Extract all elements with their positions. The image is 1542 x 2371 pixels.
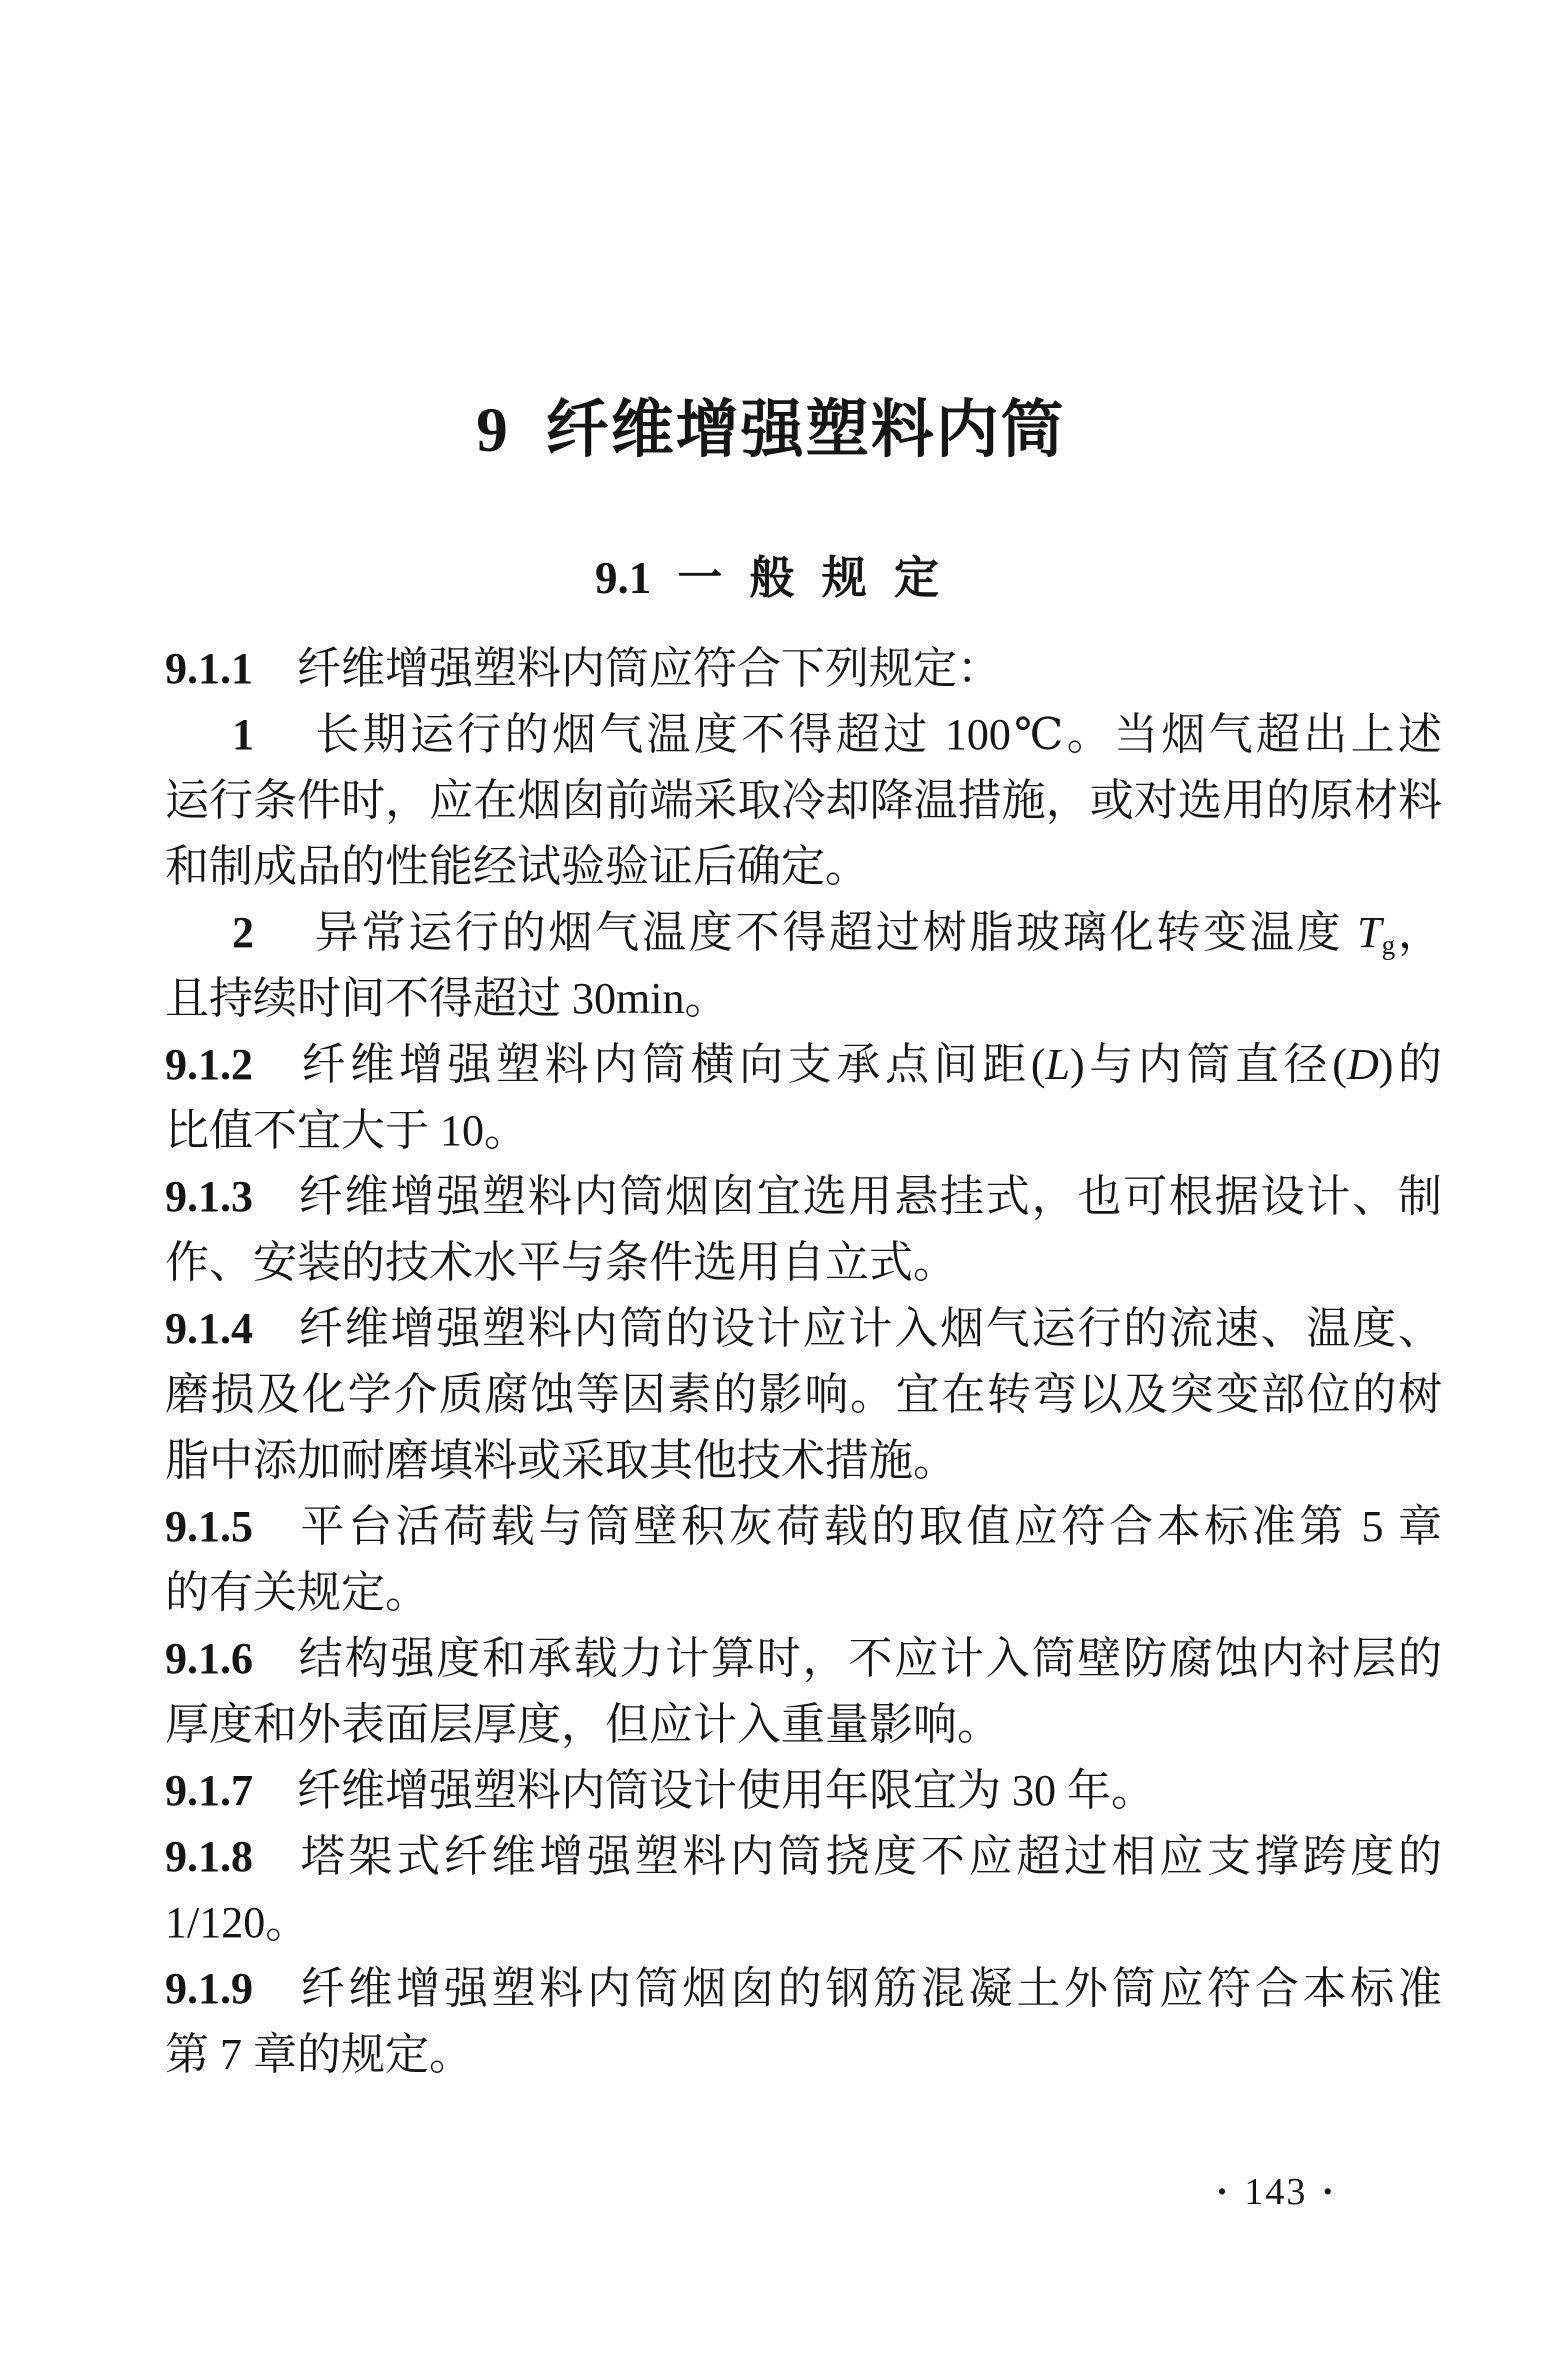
clause-number: 9.1.2: [165, 1040, 253, 1089]
body-segment: 塔架式纤维增强塑料内筒挠度不应超过相应支撑跨度的: [297, 1832, 1442, 1881]
body-line: 9.1.5平台活荷载与筒壁积灰荷载的取值应符合本标准第 5 章: [165, 1494, 1442, 1560]
body-line: 1/120。: [165, 1890, 1442, 1956]
body-line: 9.1.3纤维增强塑料内筒烟囱宜选用悬挂式，也可根据设计、制: [165, 1164, 1442, 1230]
body-line: 9.1.9纤维增强塑料内筒烟囱的钢筋混凝土外筒应符合本标准: [165, 1956, 1442, 2022]
body-line: 运行条件时，应在烟囱前端采取冷却降温措施，或对选用的原材料: [165, 768, 1442, 834]
chapter-number: 9: [476, 395, 510, 465]
body-segment: )与内筒直径(: [1070, 1040, 1347, 1089]
body-segment: ，: [1395, 908, 1442, 957]
body-segment: 纤维增强塑料内筒设计使用年限宜为 30 年。: [297, 1766, 1155, 1815]
body-segment: 厚度和外表面层厚度，但应计入重量影响。: [165, 1700, 1001, 1749]
body-segment: 的有关规定。: [165, 1568, 429, 1617]
document-page: 9纤维增强塑料内筒 9.1一 般 规 定 9.1.1纤维增强塑料内筒应符合下列规…: [0, 0, 1542, 2371]
body-segment: 纤维增强塑料内筒烟囱的钢筋混凝土外筒应符合本标准: [297, 1964, 1442, 2013]
body-segment: T: [1357, 908, 1381, 957]
section-heading-text: 一 般 规 定: [677, 553, 947, 603]
body-segment: 异常运行的烟气温度不得超过树脂玻璃化转变温度: [312, 908, 1357, 957]
body-line: 9.1.2纤维增强塑料内筒横向支承点间距(L)与内筒直径(D)的: [165, 1032, 1442, 1098]
page-number-dot-right: ·: [1321, 2171, 1336, 2213]
body-segment: 比值不宜大于 10。: [165, 1106, 528, 1155]
page-number: ·143·: [1202, 2168, 1350, 2216]
body-segment: D: [1347, 1040, 1379, 1089]
body-segment: 和制成品的性能经试验验证后确定。: [165, 842, 869, 891]
body-segment: 纤维增强塑料内筒横向支承点间距(: [297, 1040, 1045, 1089]
clause-number: 9.1.1: [165, 644, 253, 693]
body-line: 2异常运行的烟气温度不得超过树脂玻璃化转变温度 Tg，: [165, 900, 1442, 966]
page-number-dot-left: ·: [1216, 2171, 1231, 2213]
body-segment: 磨损及化学介质腐蚀等因素的影响。宜在转弯以及突变部位的树: [165, 1370, 1442, 1419]
body-text: 9.1.1纤维增强塑料内筒应符合下列规定：1长期运行的烟气温度不得超过 100℃…: [165, 636, 1442, 2088]
body-segment: 平台活荷载与筒壁积灰荷载的取值应符合本标准第 5 章: [297, 1502, 1442, 1551]
body-segment: 且持续时间不得超过 30min。: [165, 974, 728, 1023]
clause-number: 9.1.5: [165, 1502, 253, 1551]
clause-number: 9.1.8: [165, 1832, 253, 1881]
body-line: 比值不宜大于 10。: [165, 1098, 1442, 1164]
clause-number: 9.1.3: [165, 1172, 253, 1221]
body-line: 9.1.8塔架式纤维增强塑料内筒挠度不应超过相应支撑跨度的: [165, 1824, 1442, 1890]
body-segment: 作、安装的技术水平与条件选用自立式。: [165, 1238, 957, 1287]
body-line: 且持续时间不得超过 30min。: [165, 966, 1442, 1032]
body-segment: 结构强度和承载力计算时，不应计入筒壁防腐蚀内衬层的: [297, 1634, 1442, 1683]
body-line: 9.1.6结构强度和承载力计算时，不应计入筒壁防腐蚀内衬层的: [165, 1626, 1442, 1692]
body-line: 磨损及化学介质腐蚀等因素的影响。宜在转弯以及突变部位的树: [165, 1362, 1442, 1428]
clause-number: 9.1.6: [165, 1634, 253, 1683]
body-segment: 纤维增强塑料内筒的设计应计入烟气运行的流速、温度、: [297, 1304, 1442, 1353]
body-line: 脂中添加耐磨填料或采取其他技术措施。: [165, 1428, 1442, 1494]
section-number: 9.1: [595, 553, 651, 603]
body-segment: 长期运行的烟气温度不得超过 100℃。当烟气超出上述: [312, 710, 1442, 759]
body-segment: 纤维增强塑料内筒应符合下列规定：: [297, 644, 1001, 693]
clause-number: 9.1.9: [165, 1964, 253, 2013]
body-segment: 运行条件时，应在烟囱前端采取冷却降温措施，或对选用的原材料: [165, 776, 1442, 825]
clause-number: 2: [232, 908, 254, 957]
page-number-value: 143: [1244, 2171, 1307, 2213]
body-segment: 1/120。: [165, 1898, 309, 1947]
body-line: 的有关规定。: [165, 1560, 1442, 1626]
body-segment: 纤维增强塑料内筒烟囱宜选用悬挂式，也可根据设计、制: [297, 1172, 1442, 1221]
body-segment: g: [1382, 930, 1396, 960]
body-line: 9.1.4纤维增强塑料内筒的设计应计入烟气运行的流速、温度、: [165, 1296, 1442, 1362]
body-segment: 脂中添加耐磨填料或采取其他技术措施。: [165, 1436, 957, 1485]
body-line: 9.1.1纤维增强塑料内筒应符合下列规定：: [165, 636, 1442, 702]
body-segment: )的: [1379, 1040, 1442, 1089]
clause-number: 1: [232, 710, 254, 759]
body-line: 9.1.7纤维增强塑料内筒设计使用年限宜为 30 年。: [165, 1758, 1442, 1824]
chapter-title-text: 纤维增强塑料内筒: [546, 395, 1066, 465]
body-line: 和制成品的性能经试验验证后确定。: [165, 834, 1442, 900]
body-line: 第 7 章的规定。: [165, 2022, 1442, 2088]
clause-number: 9.1.4: [165, 1304, 253, 1353]
chapter-title: 9纤维增强塑料内筒: [0, 390, 1542, 470]
clause-number: 9.1.7: [165, 1766, 253, 1815]
body-line: 厚度和外表面层厚度，但应计入重量影响。: [165, 1692, 1442, 1758]
body-segment: L: [1045, 1040, 1069, 1089]
body-line: 1长期运行的烟气温度不得超过 100℃。当烟气超出上述: [165, 702, 1442, 768]
body-line: 作、安装的技术水平与条件选用自立式。: [165, 1230, 1442, 1296]
section-heading: 9.1一 般 规 定: [0, 552, 1542, 604]
body-segment: 第 7 章的规定。: [165, 2030, 473, 2079]
